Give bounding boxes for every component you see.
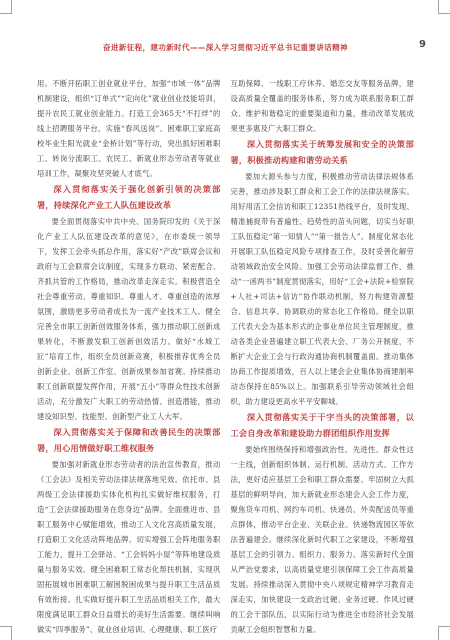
section-heading: 深入贯彻落实关于统筹发展和安全的决策部署，积极推动构建和谐劳动关系 bbox=[231, 137, 415, 168]
crop-mark-bottom-left bbox=[0, 626, 12, 640]
magazine-page: 奋进新征程，建功新时代——深入学习贯彻习近平总书记重要讲话精神 9 用。不断开拓… bbox=[0, 0, 450, 640]
running-head-title: 奋进新征程，建功新时代——深入学习贯彻习近平总书记重要讲话精神 bbox=[37, 42, 414, 53]
paragraph: 要全面贯彻落实中共中央、国务院印发的《关于深化产业工人队伍建设改革的意见》，在市… bbox=[37, 214, 221, 424]
paragraph: 要始终围绕保持和增强政治性、先进性、群众性这一主线，创新组织体制、运行机制、活动… bbox=[231, 442, 415, 637]
page-header: 奋进新征程，建功新时代——深入学习贯彻习近平总书记重要讲话精神 9 bbox=[37, 42, 414, 56]
section-heading: 深入贯彻落实关于强化创新引领的决策部署，持续深化产业工人队伍建设改革 bbox=[37, 182, 221, 213]
paragraph-continuation: 用。不断开拓职工创业就业平台，加强“市域一体”品牌机制建设，组织“订单式”“定向… bbox=[37, 76, 221, 181]
crop-mark-top-left bbox=[0, 0, 12, 14]
section-heading: 深入贯彻落实关于保障和改善民生的决策部署，用心用情做好职工维权服务 bbox=[37, 425, 221, 456]
section-heading: 深入贯彻落实关于干字当头的决策部署，以工会自身改革和建设助力群团组织作用发挥 bbox=[231, 410, 415, 441]
page-number: 9 bbox=[419, 39, 426, 50]
right-column: 互助保障、一线职工疗休养、婚恋交友等服务品牌，建设高质量全覆盖的服务体系，努力成… bbox=[231, 76, 415, 620]
paragraph-continuation: 互助保障、一线职工疗休养、婚恋交友等服务品牌，建设高质量全覆盖的服务体系，努力成… bbox=[231, 76, 415, 136]
left-column: 用。不断开拓职工创业就业平台，加强“市域一体”品牌机制建设，组织“订单式”“定向… bbox=[37, 76, 221, 620]
paragraph: 要加强对新就业形态劳动者的法治宣传教育，推动《工会法》及相关劳动法律法规落地见效… bbox=[37, 457, 221, 637]
paragraph: 要加大源头参与力度，积极推动劳动法律法规体系完善，推动涉及职工群众和工会工作的法… bbox=[231, 169, 415, 409]
crop-mark-top-right bbox=[438, 0, 450, 14]
article-body: 用。不断开拓职工创业就业平台，加强“市域一体”品牌机制建设，组织“订单式”“定向… bbox=[37, 76, 414, 620]
crop-mark-bottom-right bbox=[438, 626, 450, 640]
